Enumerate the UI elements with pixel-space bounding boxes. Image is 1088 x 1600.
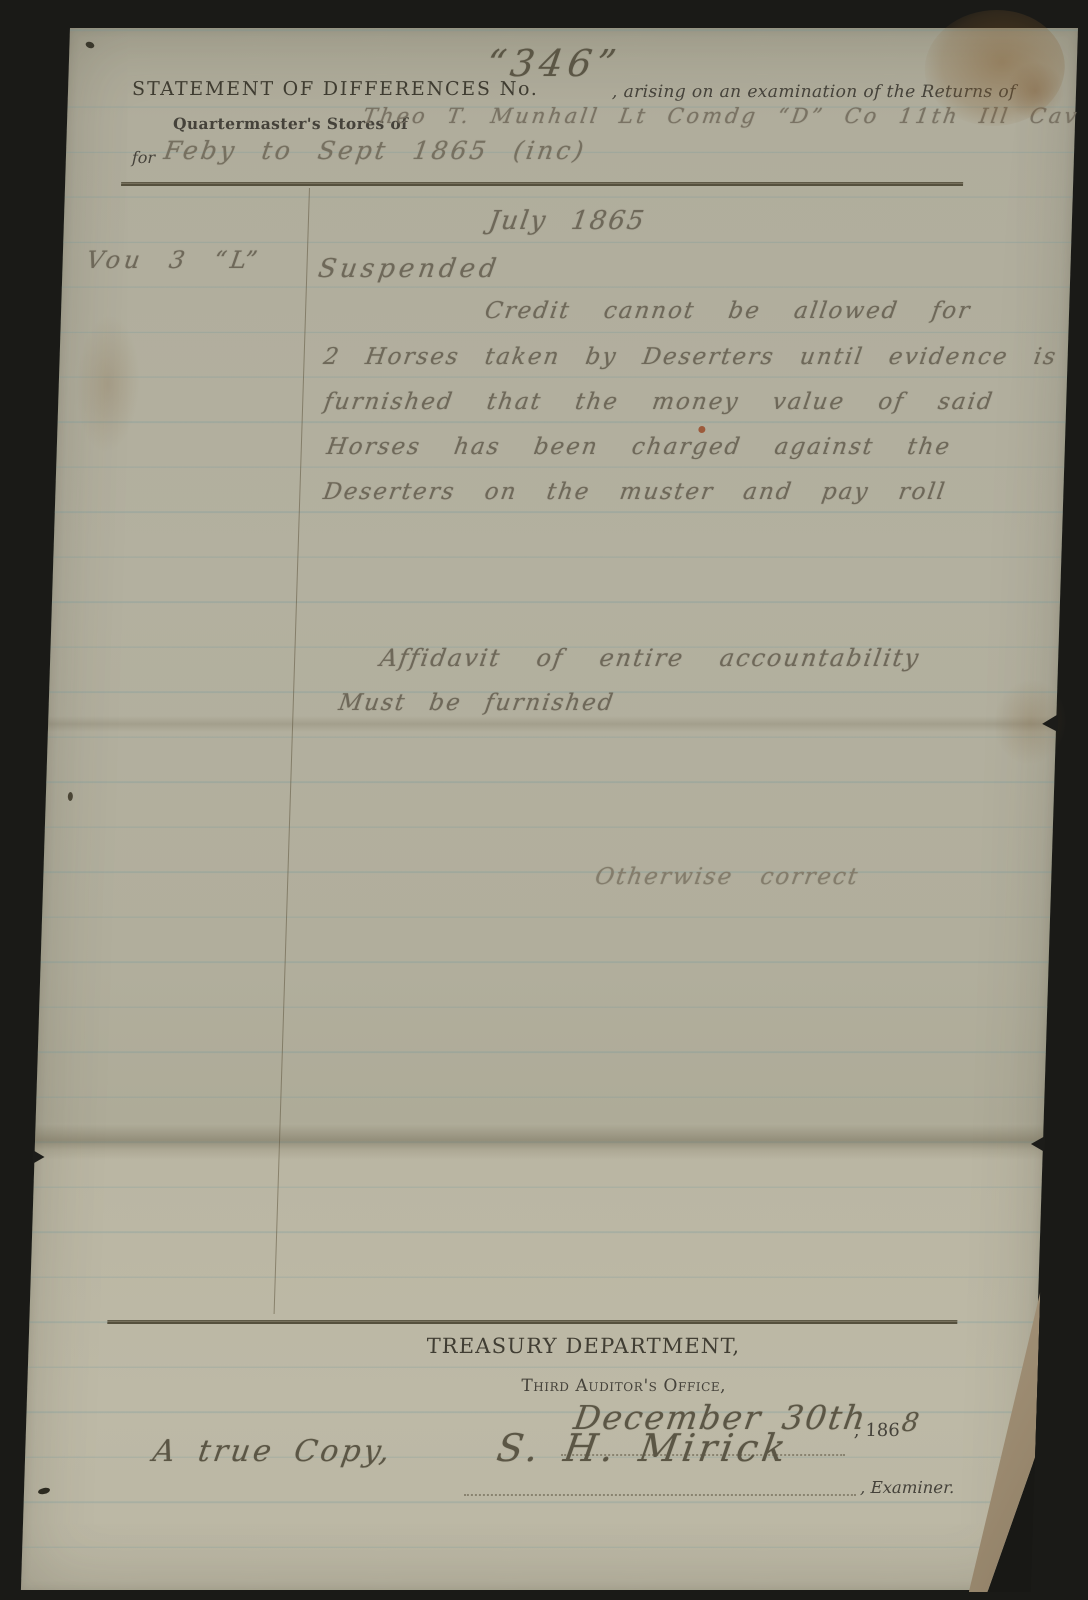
treasury-department-heading: TREASURY DEPARTMENT, <box>426 1334 741 1358</box>
entry-month-heading: July 1865 <box>487 206 648 236</box>
entry-status: Suspended <box>316 254 502 284</box>
fold-crease-lower <box>34 1124 1043 1160</box>
edge-notch-right-upper <box>1042 714 1059 732</box>
affidavit-note-line1: Affidavit of entire accountability <box>378 644 922 672</box>
body-line: 2 Horses taken by Deserters until eviden… <box>322 344 1059 370</box>
scanned-document-photo: { "palette": { "background": "#1a1a17", … <box>0 0 1088 1600</box>
edge-notch-left-lower <box>32 1150 44 1164</box>
body-line: Deserters on the muster and pay roll <box>321 479 948 505</box>
examiner-signature: S. H. Mirick <box>494 1426 793 1470</box>
speck-top-left <box>85 41 96 50</box>
body-line: Credit cannot be allowed for <box>483 298 973 324</box>
arising-text: , arising on an examination of the Retur… <box>612 82 1016 102</box>
signature-underline <box>464 1466 857 1496</box>
body-line: furnished that the money value of said <box>322 389 996 415</box>
footer-date-printed: , 186 <box>854 1420 900 1441</box>
footer-rule <box>107 1320 957 1324</box>
for-value: Feby to Sept 1865 (inc) <box>162 136 588 165</box>
ink-speck-dot <box>698 426 705 433</box>
auditors-office-heading: Third Auditor's Office, <box>521 1376 727 1396</box>
edge-notch-right-lower <box>1031 1136 1046 1152</box>
closing-note: Otherwise correct <box>593 864 861 890</box>
body-line: Horses has been charged against the <box>325 434 953 460</box>
fold-crease-upper <box>48 716 1057 732</box>
true-copy-note: A true Copy, <box>151 1434 395 1469</box>
statement-number: “346” <box>484 42 624 85</box>
footer-date-year-digit: 8 <box>900 1408 923 1438</box>
stores-value: Theo T. Munhall Lt Comdg “D” Co 11th Ill… <box>361 104 1081 128</box>
column-divider-line <box>274 188 310 1314</box>
statement-label: STATEMENT OF DIFFERENCES No. <box>132 78 539 100</box>
paper-sheet: STATEMENT OF DIFFERENCES No. “346” , ari… <box>21 28 1078 1590</box>
affidavit-note-line2: Must be furnished <box>337 690 617 716</box>
speck-bottom-left <box>38 1487 51 1495</box>
header-rule <box>121 182 963 186</box>
speck-left-edge <box>68 792 73 801</box>
margin-voucher-note: Vou 3 “L” <box>85 246 264 274</box>
for-label: for <box>132 148 156 167</box>
stain-right-middle <box>993 680 1068 764</box>
stain-left-margin <box>75 316 141 452</box>
examiner-label: , Examiner. <box>860 1478 955 1497</box>
